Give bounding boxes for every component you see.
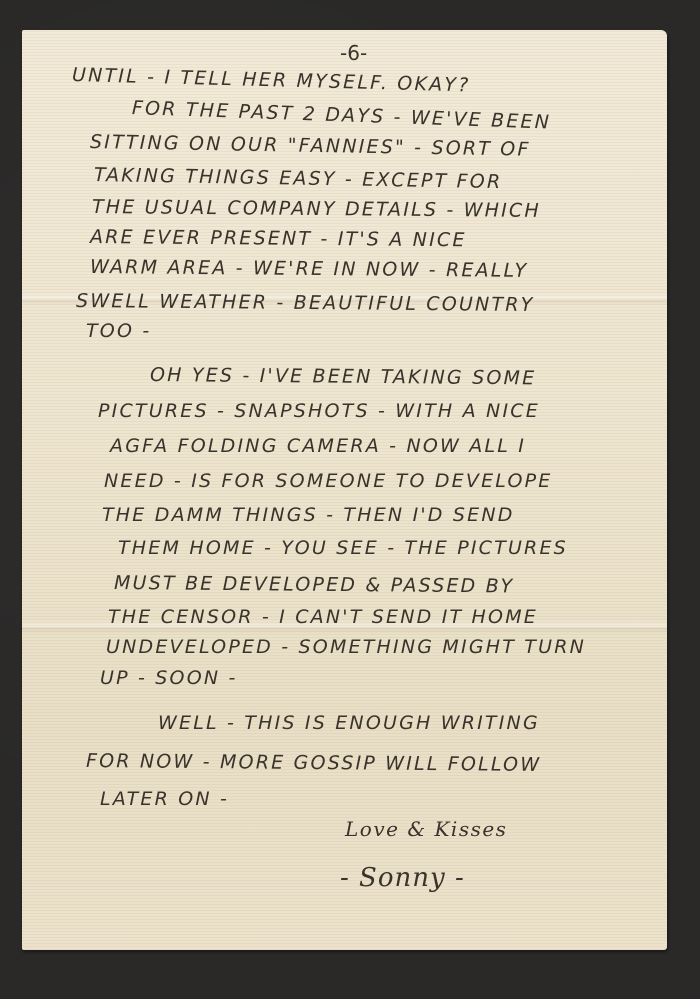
letter-line: warm area - we're in now - really xyxy=(90,256,529,282)
letter-line: Well - this is enough writing xyxy=(158,712,540,734)
letter-line: the damm things - then I'd send xyxy=(102,504,515,526)
letter-line: them home - You see - the pictures xyxy=(118,537,568,559)
letter-line: must be developed & passed by xyxy=(114,572,515,597)
letter-line: the censor - I can't send it home xyxy=(108,606,538,628)
letter-closing: Love & Kisses xyxy=(345,817,507,841)
letter-line: undeveloped - Something might turn xyxy=(106,636,586,658)
letter-line: Agfa folding camera - Now all I xyxy=(110,435,526,457)
letter-line: up - soon - xyxy=(100,667,238,689)
letter-line: too - xyxy=(86,320,151,342)
letter-line: are ever present - It's a nice xyxy=(90,226,467,251)
letter-line: later on - xyxy=(100,788,229,810)
letter-line: the usual company details - which xyxy=(92,196,541,222)
letter-line: Oh yes - I've been taking some xyxy=(150,364,537,389)
letter-line: swell weather - beautiful country xyxy=(76,290,535,316)
letter-line: for now - More gossip will follow xyxy=(86,750,541,776)
letter-signature: - Sonny - xyxy=(340,863,465,893)
letter-line: need - is for someone to develope xyxy=(104,470,553,492)
letter-line: pictures - snapshots - with a nice xyxy=(98,400,540,422)
page-number: -6- xyxy=(340,41,367,65)
